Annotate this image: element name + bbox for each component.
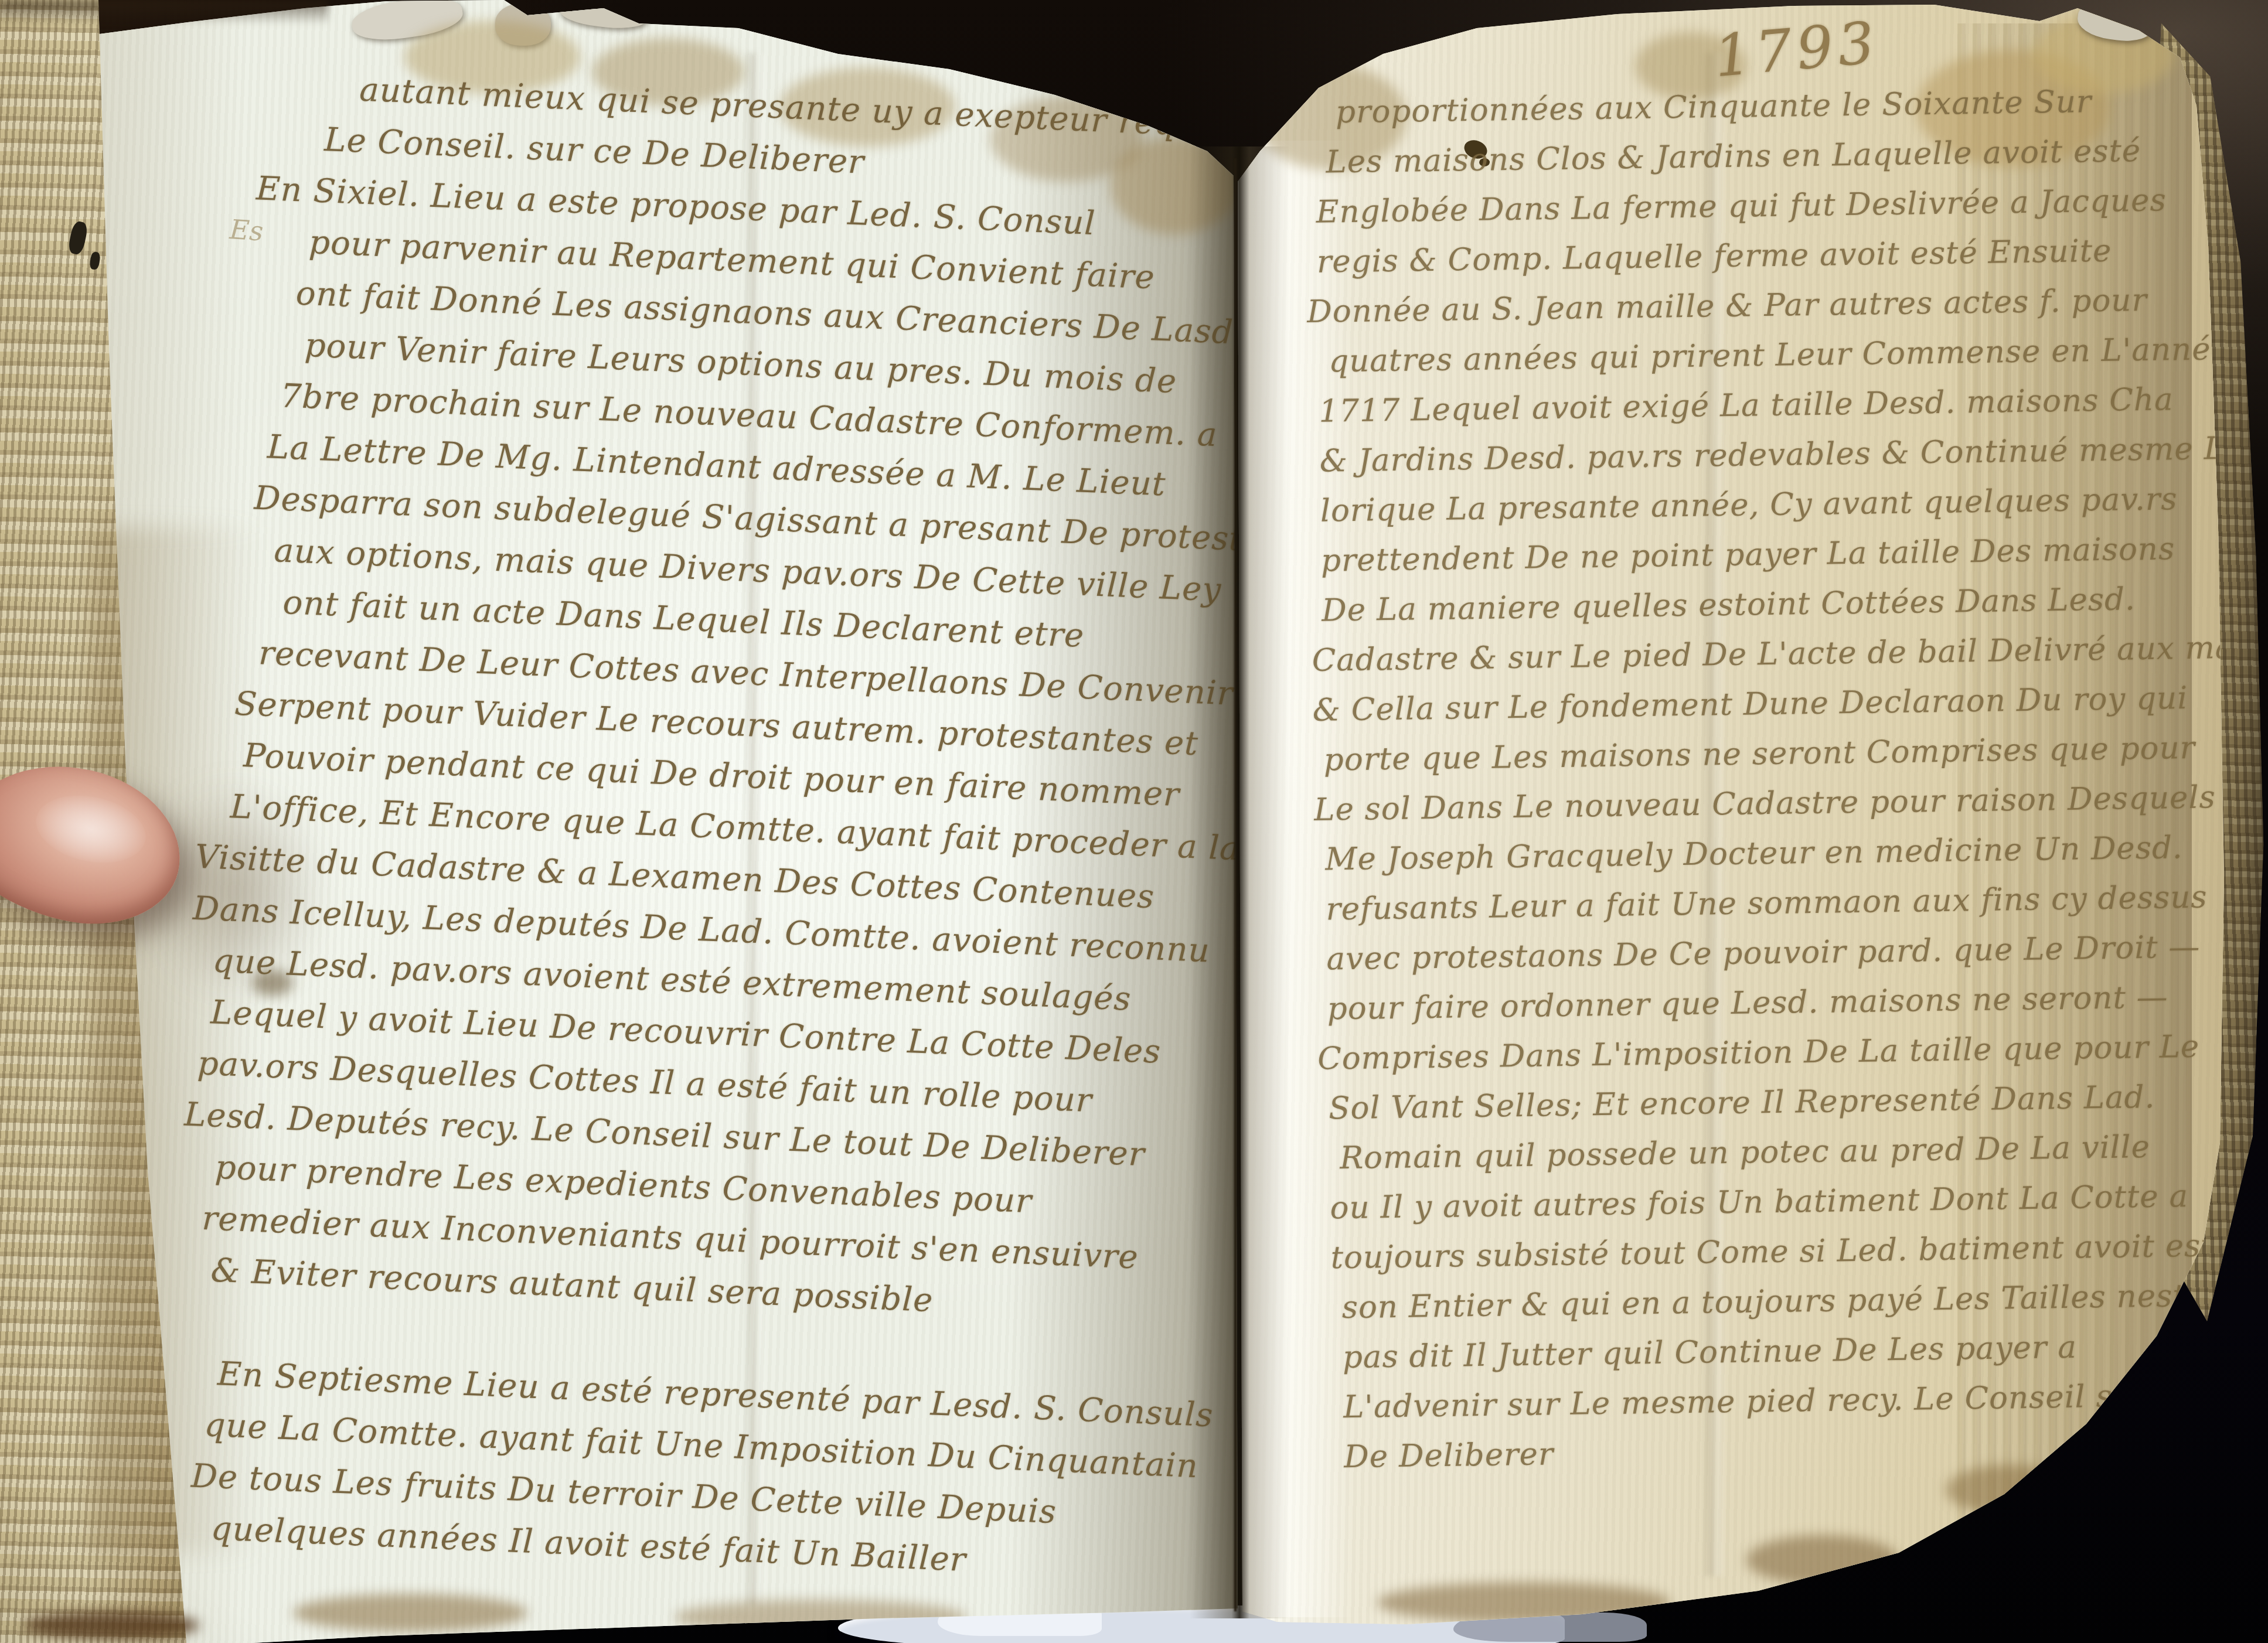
right-page-lines: proportionnées aux Cinquante le Soixante… <box>1304 74 2268 1482</box>
left-page-lines: autant mieux qui se presante uy a exepte… <box>166 59 1298 1597</box>
top-left-dark-strip <box>0 0 328 25</box>
year-heading: 1793 <box>1712 9 1882 90</box>
stain <box>23 1611 199 1639</box>
left-edge-shadow <box>88 527 264 1553</box>
book-gutter-shadow <box>1190 146 1289 1618</box>
book-gutter-crease <box>1234 158 1237 1611</box>
manuscript-photo: 1793 proportionnées aux Cinquante le Soi… <box>0 0 2268 1643</box>
stain <box>293 1594 527 1632</box>
